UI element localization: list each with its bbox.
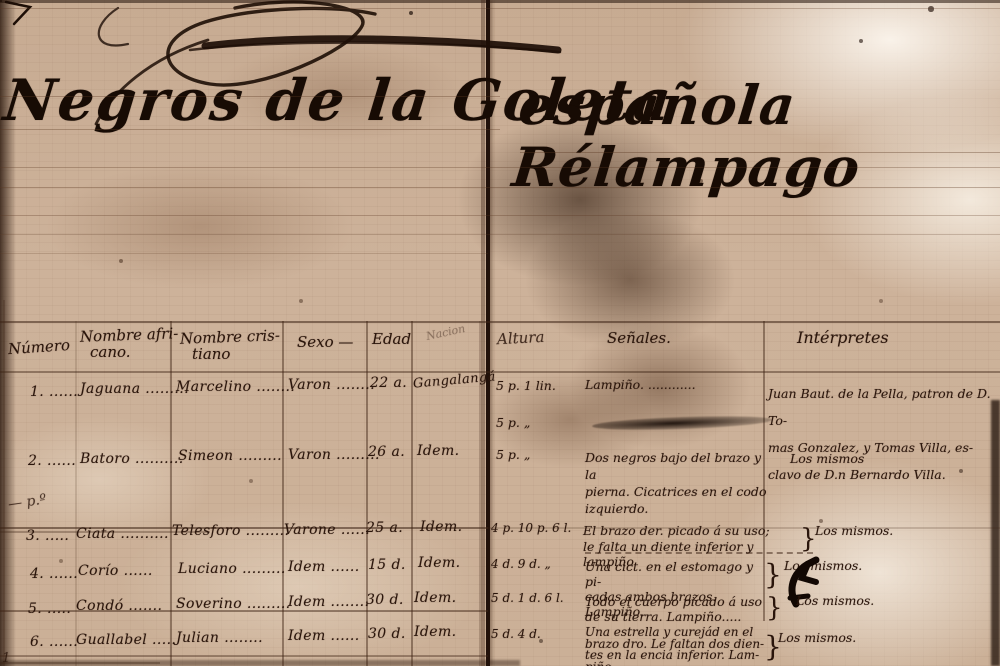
column-line-cristiano xyxy=(282,321,284,666)
row1-nombre-cristiano: Marcelino ........ xyxy=(176,379,295,395)
header-interpretes: Intérpretes xyxy=(797,329,889,347)
row6-numero: 6. ...... xyxy=(30,634,78,650)
row6-nombre-cristiano: Julian ........ xyxy=(176,630,263,646)
header-nombre-africano-2: cano. xyxy=(90,344,131,361)
row5-numero: 5. ..... xyxy=(28,601,71,617)
row4-nacion: Idem. xyxy=(418,555,461,571)
row6-senales: Una estrella y curejád en el brazo dro. … xyxy=(585,627,770,666)
header-sexo: Sexo — xyxy=(297,334,353,351)
row4-edad: 15 d. xyxy=(368,557,406,573)
row5-nacion: Idem. xyxy=(414,590,457,606)
row2-nombre-africano: Batoro .......... xyxy=(80,451,184,467)
row4-nombre-africano: Corío ...... xyxy=(78,563,153,579)
row3-sexo: Varone ...... xyxy=(284,522,370,538)
header-nombre-cristiano-2: tiano xyxy=(192,346,230,363)
row3-edad: 25 a. xyxy=(366,520,403,536)
manuscript-scan: Negros de la Goleta española Rélampago N… xyxy=(0,0,1000,666)
table-top-border xyxy=(0,321,1000,323)
row1-edad: 22 a. xyxy=(370,375,407,391)
row5-interpretes: Los mismos. xyxy=(796,594,874,608)
row4-altura: 4 d. 9 d. „ xyxy=(491,558,551,572)
ruled-line xyxy=(0,215,1000,216)
partial-next-row-mark: 1 xyxy=(2,652,10,666)
row4-sexo: Idem ...... xyxy=(288,559,360,575)
header-edad: Edad xyxy=(372,331,411,348)
row3-numero: 3. ..... xyxy=(26,528,69,544)
row1-senales: Lampiño. ............ xyxy=(585,378,696,392)
row1-altura: 5 p. 1 lin. xyxy=(496,379,556,393)
header-senales: Señales. xyxy=(607,330,671,347)
table-left-border xyxy=(3,300,5,666)
document-title-right: española Rélampago xyxy=(509,74,1000,198)
row1-altura-2: 5 p. „ xyxy=(496,416,530,430)
brace-glyph: } xyxy=(766,593,783,623)
row5-nombre-cristiano: Soverino ......... xyxy=(176,596,291,612)
row6-nacion: Idem. xyxy=(414,624,457,640)
row5-senales: Todo el cuerpo picado á uso de su tierra… xyxy=(585,594,770,624)
column-line-sexo xyxy=(366,321,368,666)
row5-altura: 5 d. 1 d. 6 l. xyxy=(491,592,564,606)
row6-interpretes: Los mismos. xyxy=(778,631,856,645)
row4-nombre-cristiano: Luciano ......... xyxy=(178,561,286,577)
table-row-line xyxy=(0,655,488,657)
row3-nacion: Idem. xyxy=(420,519,463,535)
table-row-line xyxy=(0,662,160,664)
row6-sexo: Idem ...... xyxy=(288,628,360,644)
table-header-underline xyxy=(0,371,1000,373)
row1-sexo: Varon ........ xyxy=(288,377,375,393)
brace-glyph: } xyxy=(764,558,782,591)
row3-nombre-cristiano: Telesforo ......... xyxy=(172,523,289,539)
row3-altura: 4 p. 10 p. 6 l. xyxy=(491,522,571,536)
ruled-line xyxy=(0,253,488,254)
row1-nombre-africano: Jaguana ......... xyxy=(80,381,189,397)
header-altura: Altura xyxy=(497,329,545,349)
column-line-edad xyxy=(411,321,413,666)
ruled-line xyxy=(0,167,1000,168)
row5-edad: 30 d. xyxy=(366,592,404,608)
row2-nombre-cristiano: Simeon ......... xyxy=(178,448,282,464)
row1-interpretes: Juan Baut. de la Pella, patron de D. To-… xyxy=(768,380,996,488)
row2-sexo: Varon ......... xyxy=(288,447,380,463)
row2-altura: 5 p. „ xyxy=(496,448,530,462)
row3-nombre-africano: Ciata .......... xyxy=(76,526,169,542)
row5-sexo: Idem ........ xyxy=(288,594,369,610)
row4-numero: 4. ...... xyxy=(30,566,78,582)
row6-altura: 5 d. 4 d. xyxy=(491,628,541,642)
row2-numero: 2. ...... xyxy=(28,453,76,469)
column-line-numero xyxy=(75,321,77,666)
row6-edad: 30 d. xyxy=(368,626,406,642)
ruled-line xyxy=(0,234,1000,235)
ruled-line xyxy=(0,96,500,97)
row2-interpretes: Los mismos xyxy=(790,452,864,466)
row2-edad: 26 a. xyxy=(368,444,405,460)
ruled-line xyxy=(0,8,1000,9)
row6-nombre-africano: Guallabel ..... xyxy=(76,632,176,648)
row5-nombre-africano: Condó ....... xyxy=(76,598,162,614)
row3-interpretes: Los mismos. xyxy=(815,524,893,538)
ruled-line xyxy=(0,187,1000,188)
row2-senales: Dos negros bajo del brazo y la pierna. C… xyxy=(585,449,775,517)
ruled-line xyxy=(520,152,1000,153)
ruled-line xyxy=(0,129,500,130)
column-line-africano xyxy=(170,321,172,666)
row1-numero: 1. ...... xyxy=(30,384,78,400)
row2-nacion: Idem. xyxy=(417,443,460,459)
